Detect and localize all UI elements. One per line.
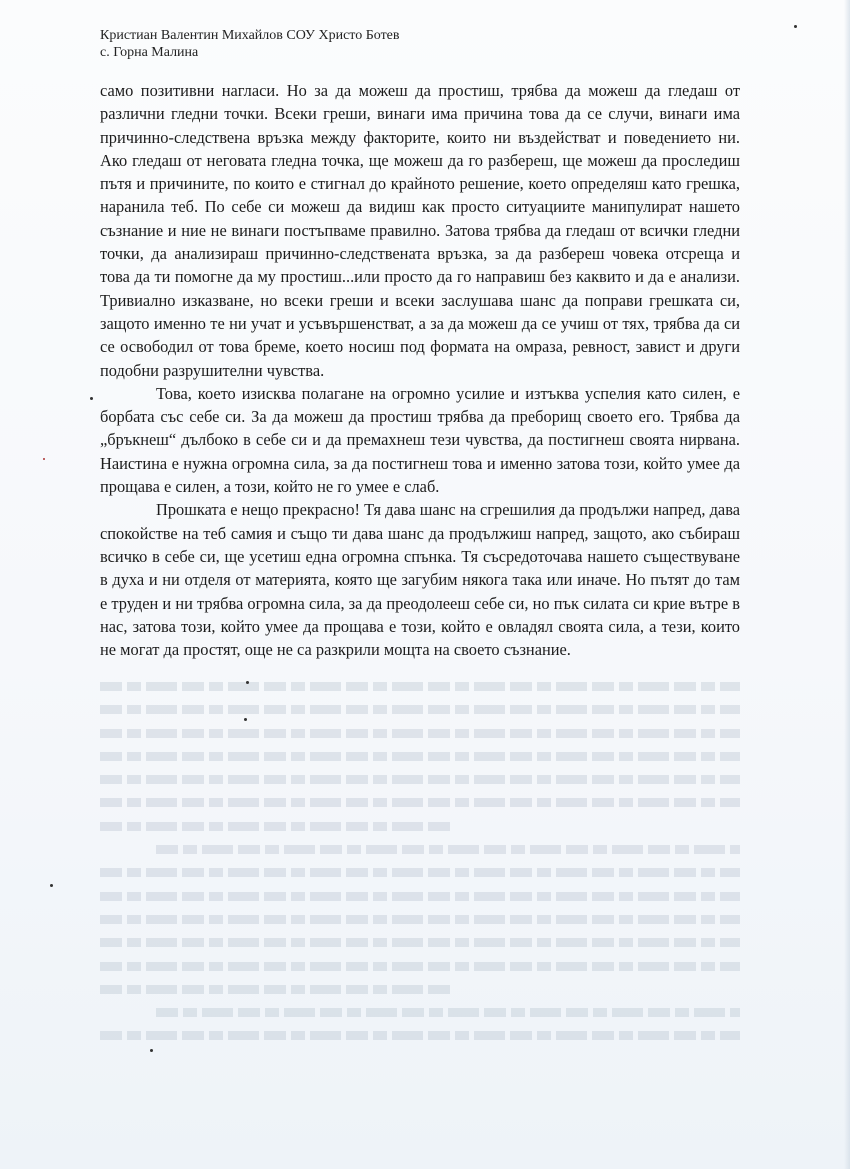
document-header: Кристиан Валентин Михайлов СОУ Христо Бо… (100, 27, 400, 61)
scanned-page: Кристиан Валентин Михайлов СОУ Христо Бо… (0, 0, 850, 1169)
scan-speck (150, 1049, 153, 1052)
author-line: Кристиан Валентин Михайлов СОУ Христо Бо… (100, 27, 400, 44)
paragraph-3: Прошката е нещо прекрасно! Тя дава шанс … (100, 498, 740, 661)
paragraph-1: само позитивни нагласи. Но за да можеш д… (100, 79, 740, 382)
location-line: с. Горна Малина (100, 44, 400, 61)
scan-speck (90, 397, 93, 400)
paragraph-2: Това, което изисква полагане на огромно … (100, 382, 740, 498)
scan-edge-shadow (844, 0, 850, 1169)
scan-speck (246, 681, 249, 684)
scan-speck (43, 458, 45, 460)
essay-body: само позитивни нагласи. Но за да можеш д… (100, 79, 740, 661)
scan-speck (244, 718, 247, 721)
scan-speck (794, 25, 797, 28)
bleed-through-text (100, 682, 740, 1062)
scan-speck (50, 884, 53, 887)
